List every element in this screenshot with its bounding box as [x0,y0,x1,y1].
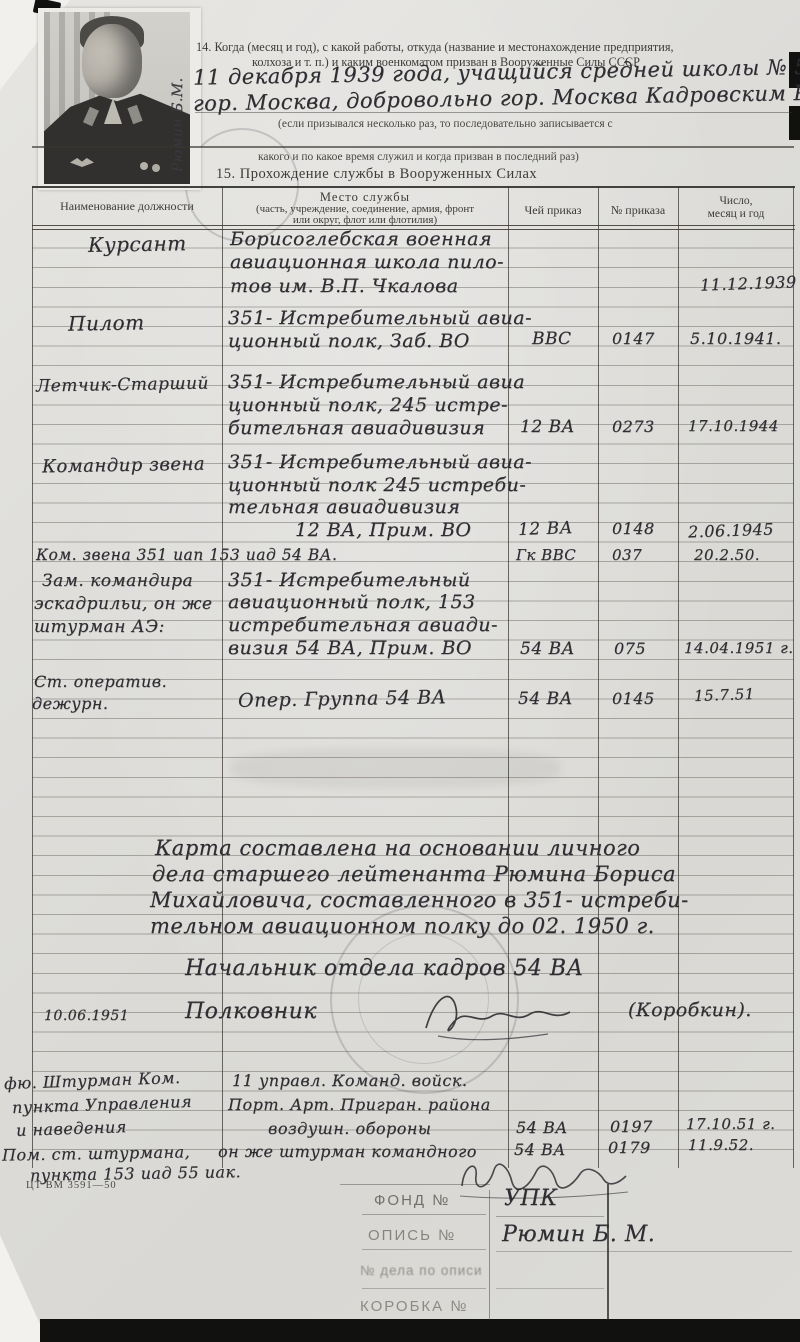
row2-order-by: ВВС [532,329,572,349]
stampbox-opis-value: Рюмин Б. М. [502,1222,655,1247]
photo-portrait [44,12,190,184]
stampbox-line-3b [496,1288,604,1289]
row3-date: 17.10.1944 [688,417,779,435]
table-header-date-a: Число, [680,195,792,207]
stampbox-fond-value: УПК [504,1186,558,1211]
row6-position-line3: штурман АЭ: [34,617,165,637]
row1-date: 11.12.1939 [700,272,797,294]
photo-caption-vertical: Рюмин Б.М. [170,22,186,172]
row2-place-line1: 351- Истребительный авиа- [228,307,532,329]
signoff-name: (Коробкин). [628,999,752,1021]
stampbox-line-1a [362,1214,486,1215]
stampbox-line-1b [496,1216,604,1217]
row4-place-line1: 351- Истребительный авиа- [228,451,532,473]
table-header-place-sub2: или округ, флот или флотилия) [224,214,506,226]
stampbox-line-2a [362,1249,486,1250]
row4-place-line2: ционный полк 245 истреби- [228,474,526,496]
row4-order-no: 0148 [612,519,655,538]
table-header-order-no: № приказа [600,203,676,218]
row6-position-line1: Зам. командира [42,571,193,591]
row1-position: Курсант [88,231,187,257]
row6-position-line2: эскадрильи, он же [34,594,213,614]
stampbox-divider-1 [489,1190,490,1320]
document-page: Рюмин Б.М. 14. Когда (месяц и год), с ка… [0,0,800,1342]
row6-place-line2: авиационный полк, 153 [228,591,476,613]
table-header-order-by: Чей приказ [510,203,596,218]
row7-position-line2: дежурн. [32,694,108,713]
stampbox-line-2b [496,1251,792,1252]
portrait-medal-1 [140,162,148,170]
row6-order-no: 075 [614,639,646,658]
row5-order-no: 037 [612,546,642,564]
row8-position-line3: и наведения [16,1117,127,1140]
row8-place-line3: воздушн. обороны [268,1119,431,1138]
rule-line-item14 [195,112,792,113]
stampbox-delo-label: № дела по описи [360,1263,483,1278]
row4-place-line3: тельная авиадивизия [228,496,460,518]
row1-place-line1: Борисоглебская военная [230,228,492,250]
portrait-face [82,24,142,98]
item14-printed-line1: 14. Когда (месяц и год), с какой работы,… [196,40,674,55]
table-column-line-3 [598,186,599,1168]
row7-date: 15.7.51 [694,685,755,705]
section15-title: 15. Прохождение службы в Вооруженных Сил… [216,166,537,183]
signature-scrawl-korobkin [418,982,578,1046]
row4-position: Командир звена [42,454,205,478]
item14-note-line1: (если призывался несколько раз, то после… [278,118,613,130]
portrait-medal-2 [152,164,160,172]
row6-place-line1: 351- Истребительный [228,569,471,591]
table-top-border [32,186,795,188]
row2-order-no: 0147 [612,329,655,348]
rule-line-full [32,146,794,148]
table-header-date-b: месяц и год [680,208,792,220]
note-line4: тельном авиационном полку до 02. 1950 г. [150,914,655,938]
scan-bar-bottom [40,1319,800,1342]
signoff-rank: Полковник [185,999,317,1024]
table-left-border [32,186,33,1168]
row6-date: 14.04.1951 г. [684,639,794,657]
row7-order-no: 0145 [612,689,655,708]
row7-place: Опер. Группа 54 ВА [238,686,447,712]
row9-date: 11.9.52. [688,1136,754,1154]
row5-position: Ком. звена 351 иап 153 иад 54 ВА. [36,546,337,564]
row8-order-no: 0197 [610,1117,653,1136]
item14-note-line2: какого и по какое время служил и когда п… [258,151,579,163]
row5-date: 20.2.50. [694,546,760,564]
row4-place-line4: 12 ВА, Прим. ВО [295,519,472,541]
table-right-border [793,186,794,1168]
stampbox-divider-2 [607,1184,609,1320]
signoff-date: 10.06.1951 [44,1008,129,1024]
row3-order-by: 12 ВА [520,417,575,437]
note-line3: Михайловича, составленного в 351- истреб… [150,888,689,912]
note-line1: Карта составлена на основании личного [155,836,640,860]
row9-place: он же штурман командного [218,1142,477,1161]
stampbox-opis-label: ОПИСЬ № [368,1227,456,1244]
row4-order-by: 12 ВА [518,518,574,540]
row1-place-line2: авиационная школа пило- [230,251,504,273]
row8-place-line2: Порт. Арт. Пригран. района [228,1095,491,1114]
row3-place-line2: ционный полк, 245 истре- [228,394,508,416]
row6-order-by: 54 ВА [520,639,575,659]
note-line2: дела старшего лейтенанта Рюмина Бориса [152,862,676,886]
row7-position-line1: Ст. оператив. [34,672,167,691]
table-header-position: Наименование должности [34,199,220,214]
stampbox-fond-label: ФОНД № [374,1192,450,1209]
row8-date: 17.10.51 г. [686,1115,775,1133]
row3-position: Летчик-Старший [36,373,209,396]
row6-place-line3: истребительная авиади- [228,614,498,636]
row3-order-no: 0273 [612,417,655,436]
row2-position: Пилот [68,310,145,335]
row6-place-line4: визия 54 ВА, Прим. ВО [228,637,472,659]
row8-place-line1: 11 управл. Команд. войск. [232,1071,468,1090]
signoff-title: Начальник отдела кадров 54 ВА [185,956,584,981]
row3-place-line3: бительная авиадивизия [228,417,485,439]
row3-place-line1: 351- Истребительный авиа [228,371,525,393]
row2-date: 5.10.1941. [690,329,782,348]
row7-order-by: 54 ВА [518,689,573,709]
row8-order-by: 54 ВА [516,1118,568,1137]
form-code: ЦТ ВМ 3591—50 [26,1180,117,1191]
stampbox-korobka-label: КОРОБКА № [360,1298,468,1315]
row5-order-by: Гк ВВС [516,546,576,564]
row9-position: Пом. ст. штурмана, [2,1142,190,1164]
row1-place-line3: тов им. В.П. Чкалова [230,275,459,297]
row2-place-line2: ционный полк, Заб. ВО [228,330,470,352]
stampbox-line-3a [362,1288,486,1289]
row4-date: 2.06.1945 [688,520,775,542]
